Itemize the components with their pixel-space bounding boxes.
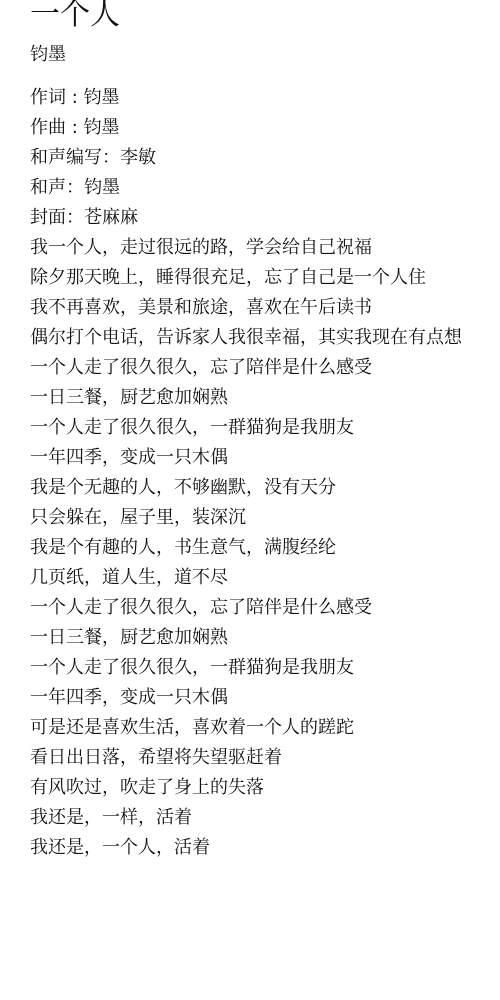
- credit-harmony-arranger: 和声编写：李敏: [30, 143, 500, 173]
- lyric-line: 几页纸，道人生，道不尽: [30, 563, 500, 593]
- lyric-line: 我是个无趣的人，不够幽默，没有天分: [30, 473, 500, 503]
- lyric-line: 偶尔打个电话，告诉家人我很幸福，其实我现在有点想: [30, 323, 500, 353]
- credit-cover: 封面：苍麻麻: [30, 203, 500, 233]
- lyric-line: 我还是，一个人，活着: [30, 833, 500, 863]
- song-artist: 钧墨: [30, 43, 500, 67]
- lyric-line: 看日出日落，希望将失望驱赶着: [30, 743, 500, 773]
- lyric-line: 一个人走了很久很久，一群猫狗是我朋友: [30, 653, 500, 683]
- credit-harmony: 和声：钧墨: [30, 173, 500, 203]
- lyrics-page: 一个人 钧墨 作词 : 钧墨 作曲 : 钧墨 和声编写：李敏 和声：钧墨 封面：…: [30, 0, 500, 863]
- lyric-line: 一日三餐，厨艺愈加娴熟: [30, 623, 500, 653]
- lyrics-body: 作词 : 钧墨 作曲 : 钧墨 和声编写：李敏 和声：钧墨 封面：苍麻麻 我一个…: [30, 83, 500, 863]
- lyric-line: 我是个有趣的人，书生意气，满腹经纶: [30, 533, 500, 563]
- lyric-line: 一年四季，变成一只木偶: [30, 443, 500, 473]
- song-title: 一个人: [30, 0, 500, 34]
- credit-lyricist: 作词 : 钧墨: [30, 83, 500, 113]
- lyric-line: 一日三餐，厨艺愈加娴熟: [30, 383, 500, 413]
- lyric-line: 我不再喜欢，美景和旅途，喜欢在午后读书: [30, 293, 500, 323]
- lyric-line: 我一个人，走过很远的路，学会给自己祝福: [30, 233, 500, 263]
- lyric-line: 只会躲在，屋子里，装深沉: [30, 503, 500, 533]
- lyric-line: 我还是，一样，活着: [30, 803, 500, 833]
- lyric-line: 除夕那天晚上，睡得很充足，忘了自己是一个人住: [30, 263, 500, 293]
- lyric-line: 一个人走了很久很久，一群猫狗是我朋友: [30, 413, 500, 443]
- lyric-line: 有风吹过，吹走了身上的失落: [30, 773, 500, 803]
- lyric-line: 一个人走了很久很久，忘了陪伴是什么感受: [30, 353, 500, 383]
- lyric-line: 一年四季，变成一只木偶: [30, 683, 500, 713]
- lyric-line: 可是还是喜欢生活，喜欢着一个人的蹉跎: [30, 713, 500, 743]
- credit-composer: 作曲 : 钧墨: [30, 113, 500, 143]
- lyric-line: 一个人走了很久很久，忘了陪伴是什么感受: [30, 593, 500, 623]
